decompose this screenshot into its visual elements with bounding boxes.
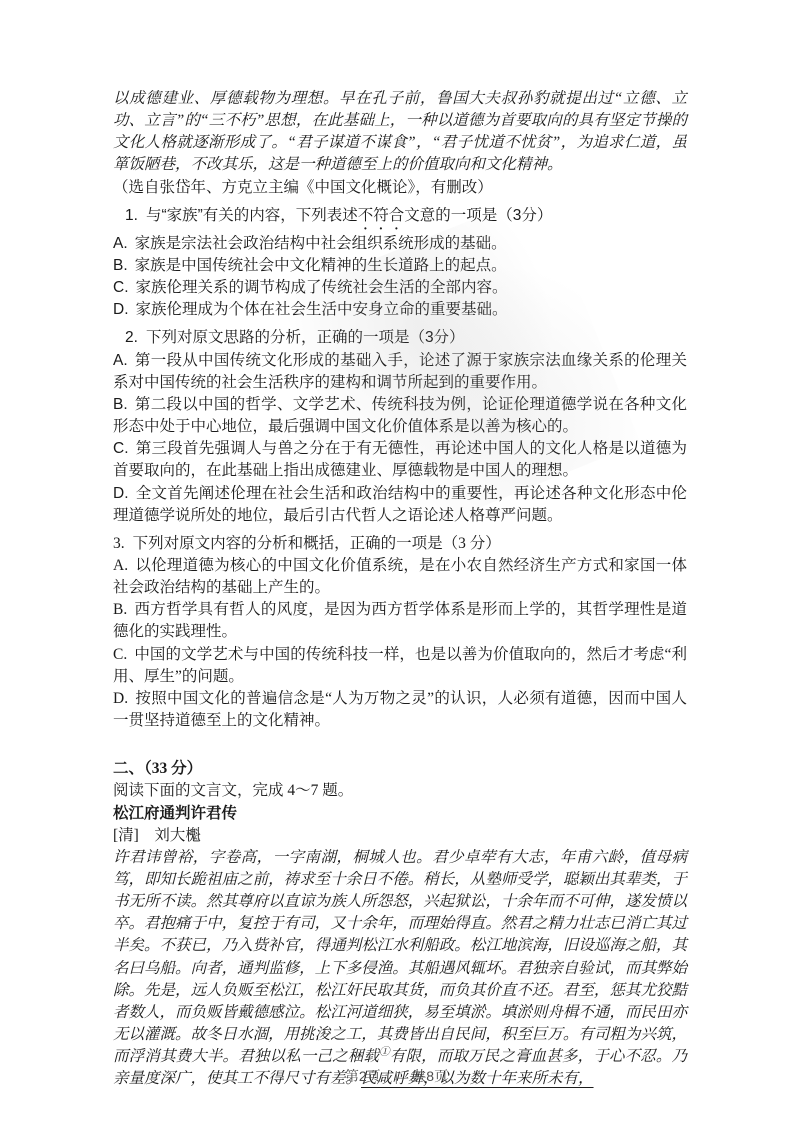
question-1-option-d: D.家族伦理成为个体在社会生活中安身立命的重要基础。	[113, 299, 687, 321]
footer-total-pages: 共8页	[412, 1068, 448, 1084]
option-label: A.	[113, 235, 128, 252]
question-1-number: 1.	[125, 207, 138, 224]
question-3-stem: 3.下列对原文内容的分析和概括，正确的一项是（3 分）	[113, 533, 687, 555]
option-text: 以伦理道德为核心的中国文化价值系统，是在小农自然经济生产方式和家国一体社会政治结…	[113, 557, 687, 596]
option-text: 家族是中国传统社会中文化精神的生长道路上的起点。	[135, 257, 507, 274]
footer-page-number: 第2页	[345, 1068, 381, 1084]
option-text: 第二段以中国的哲学、文学艺术、传统科技为例，论证伦理道德学说在各种文化形态中处于…	[113, 396, 687, 435]
question-3-option-a: A.以伦理道德为核心的中国文化价值系统，是在小农自然经济生产方式和家国一体社会政…	[113, 555, 687, 599]
option-label: D.	[113, 301, 129, 318]
option-text: 第三段首先强调人与兽之分在于有无德性，再论述中国人的文化人格是以道德为首要取向的…	[113, 440, 687, 479]
option-text: 中国的文学艺术与中国的传统科技一样，也是以善为价值取向的，然后才考虑“利用、厚生…	[113, 646, 687, 685]
question-3-option-b: B.西方哲学具有哲人的风度，是因为西方哲学体系是形而上学的，其哲学理性是道德化的…	[113, 599, 687, 643]
option-text: 西方哲学具有哲人的风度，是因为西方哲学体系是形而上学的，其哲学理性是道德化的实践…	[113, 601, 687, 640]
section-two-instruction: 阅读下面的文言文，完成 4～7 题。	[113, 780, 687, 802]
option-text: 第一段从中国传统文化形成的基础入手，论述了源于家族宗法血缘关系的伦理关系对中国传…	[113, 352, 687, 391]
question-1-stem-prefix: 与“家族”有关的内容，下列表述	[146, 207, 358, 224]
option-label: D.	[113, 690, 128, 707]
option-label: B.	[113, 396, 128, 413]
question-2-option-c: C.第三段首先强调人与兽之分在于有无德性，再论述中国人的文化人格是以道德为首要取…	[113, 438, 687, 482]
question-1-option-b: B.家族是中国传统社会中文化精神的生长道路上的起点。	[113, 255, 687, 277]
exam-document-page: 以成德建业、厚德载物为理想。早在孔子前，鲁国大夫叔孙豹就提出过“立德、立功、立言…	[0, 0, 793, 1122]
modern-passage: 以成德建业、厚德载物为理想。早在孔子前，鲁国大夫叔孙豹就提出过“立德、立功、立言…	[113, 88, 687, 199]
option-text: 全文首先阐述伦理在社会生活和政治结构中的重要性，再论述各种文化形态中伦理道德学说…	[113, 485, 687, 524]
question-1: 1.与“家族”有关的内容，下列表述不符合文意的一项是（3分） A.家族是宗法社会…	[113, 205, 687, 322]
question-3-stem-text: 下列对原文内容的分析和概括，正确的一项是（3 分）	[133, 535, 501, 552]
question-3-number: 3.	[113, 535, 125, 552]
option-label: C.	[113, 440, 129, 457]
modern-passage-text: 以成德建业、厚德载物为理想。早在孔子前，鲁国大夫叔孙豹就提出过“立德、立功、立言…	[113, 88, 687, 177]
question-3-option-c: C.中国的文学艺术与中国的传统科技一样，也是以善为价值取向的，然后才考虑“利用、…	[113, 644, 687, 688]
question-3-option-d: D.按照中国文化的普遍信念是“人为万物之灵”的认识，人必须有道德，因而中国人一贯…	[113, 688, 687, 732]
question-1-stem-suffix: 文意的一项是（3分）	[404, 207, 552, 224]
footnote-mark-icon: ①	[379, 1047, 390, 1058]
section-two: 二、（33 分） 阅读下面的文言文，完成 4～7 题。 松江府通判许君传 [清]…	[113, 758, 687, 1090]
question-2-stem: 2.下列对原文思路的分析，正确的一项是（3分）	[113, 327, 687, 349]
footer-separator: |	[395, 1068, 399, 1084]
option-text: 家族是宗法社会政治结构中社会组织系统形成的基础。	[135, 235, 507, 252]
option-label: B.	[113, 601, 127, 618]
option-label: D.	[113, 485, 129, 502]
question-2-option-d: D.全文首先阐述伦理在社会生活和政治结构中的重要性，再论述各种文化形态中伦理道德…	[113, 483, 687, 527]
classical-text-part1: 许君讳曾裕，字卷高，一字南湖，桐城人也。君少卓荦有大志，年甫六龄，值母病笃，即知…	[113, 849, 687, 1065]
option-label: B.	[113, 257, 128, 274]
classical-passage-author: [清] 刘大櫆	[113, 825, 687, 847]
section-two-heading: 二、（33 分）	[113, 758, 687, 780]
option-label: A.	[113, 557, 128, 574]
question-2-option-b: B.第二段以中国的哲学、文学艺术、传统科技为例，论证伦理道德学说在各种文化形态中…	[113, 394, 687, 438]
question-3: 3.下列对原文内容的分析和概括，正确的一项是（3 分） A.以伦理道德为核心的中…	[113, 533, 687, 732]
question-1-option-c: C.家族伦理关系的调节构成了传统社会生活的全部内容。	[113, 277, 687, 299]
modern-passage-source: （选自张岱年、方克立主编《中国文化概论》，有删改）	[113, 177, 687, 199]
classical-passage-title: 松江府通判许君传	[113, 803, 687, 825]
question-2-number: 2.	[125, 329, 138, 346]
question-2-stem-text: 下列对原文思路的分析，正确的一项是（3分）	[146, 329, 465, 346]
question-1-stem: 1.与“家族”有关的内容，下列表述不符合文意的一项是（3分）	[113, 205, 687, 233]
option-text: 家族伦理关系的调节构成了传统社会生活的全部内容。	[136, 279, 508, 296]
question-2-option-a: A.第一段从中国传统文化形成的基础入手，论述了源于家族宗法血缘关系的伦理关系对中…	[113, 350, 687, 394]
option-text: 家族伦理成为个体在社会生活中安身立命的重要基础。	[136, 301, 508, 318]
question-2: 2.下列对原文思路的分析，正确的一项是（3分） A.第一段从中国传统文化形成的基…	[113, 327, 687, 526]
question-1-option-a: A.家族是宗法社会政治结构中社会组织系统形成的基础。	[113, 233, 687, 255]
page-footer: 第2页|共8页	[0, 1066, 793, 1086]
question-1-stem-emphasis: 不符合	[358, 207, 405, 224]
option-text: 按照中国文化的普遍信念是“人为万物之灵”的认识，人必须有道德，因而中国人一贯坚持…	[113, 690, 687, 729]
option-label: A.	[113, 352, 128, 369]
option-label: C.	[113, 646, 127, 663]
classical-passage-text: 许君讳曾裕，字卷高，一字南湖，桐城人也。君少卓荦有大志，年甫六龄，值母病笃，即知…	[113, 847, 687, 1091]
option-label: C.	[113, 279, 129, 296]
